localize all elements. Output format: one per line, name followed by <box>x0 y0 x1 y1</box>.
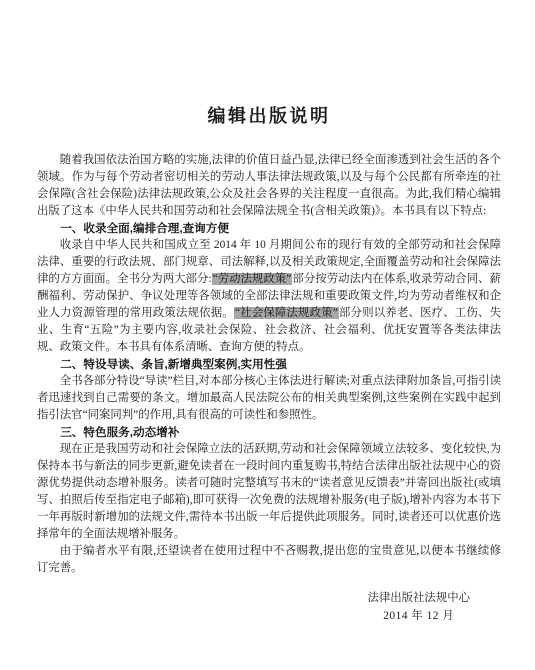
signature-org: 法律出版社法规中心 <box>367 589 470 607</box>
highlighted-term-social-security-regulations: “社会保障法规政策” <box>234 307 339 319</box>
section-2-body: 全书各部分特设“导读”栏目,对本部分核心主体法进行解读;对重点法律附加条旨,可指… <box>37 373 501 424</box>
section-3-heading: 三、特色服务,动态增补 <box>37 424 501 441</box>
signature-date: 2014 年 12 月 <box>367 607 470 625</box>
closing-paragraph: 由于编者水平有限,还望读者在使用过程中不吝赐教,提出您的宝贵意见,以便本书继续修… <box>37 543 501 577</box>
highlighted-term-labor-regulations: “劳动法规政策” <box>212 273 293 285</box>
section-1-body: 收录自中华人民共和国成立至 2014 年 10 月期间公布的现行有效的全部劳动和… <box>37 237 501 356</box>
book-page: 编辑出版说明 随着我国依法治国方略的实施,法律的价值日益凸显,法律已经全面渗透到… <box>0 0 535 670</box>
intro-paragraph: 随着我国依法治国方略的实施,法律的价值日益凸显,法律已经全面渗透到社会生活的各个… <box>37 152 501 220</box>
section-3-body: 现在正是我国劳动和社会保障立法的活跃期,劳动和社会保障领域立法较多、变化较快,为… <box>37 441 501 543</box>
section-1-heading: 一、收录全面,编排合理,查询方便 <box>37 220 501 237</box>
signature-block: 法律出版社法规中心 2014 年 12 月 <box>367 589 470 625</box>
page-title: 编辑出版说明 <box>37 106 501 126</box>
section-2-heading: 二、特设导读、条旨,新增典型案例,实用性强 <box>37 356 501 373</box>
